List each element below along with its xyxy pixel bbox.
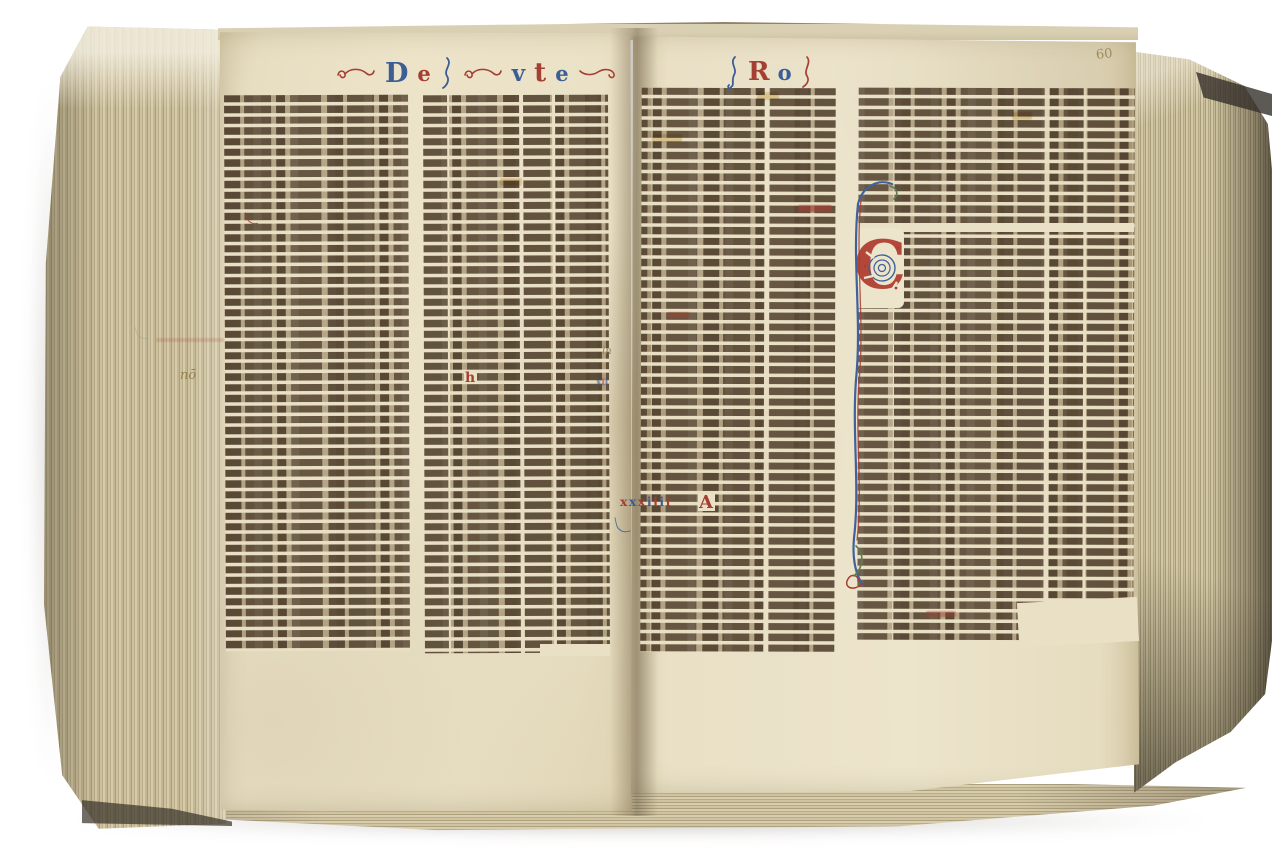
rubric-mark bbox=[798, 205, 832, 212]
show-through-mark bbox=[156, 338, 224, 342]
numeral-letter: x bbox=[629, 496, 637, 509]
pen-flourish-icon bbox=[336, 66, 376, 80]
right-fore-edge bbox=[1134, 48, 1272, 808]
manuscript-photo: D e v t e nō h ln x i i R o 60 bbox=[0, 0, 1280, 860]
running-title-letter: R bbox=[748, 59, 770, 85]
numeral-letter: x bbox=[620, 496, 628, 509]
running-title-letter: t bbox=[534, 60, 546, 86]
running-title-letter: e bbox=[555, 63, 568, 84]
paraph-flourish-icon bbox=[726, 55, 740, 89]
left-fore-edge bbox=[44, 20, 226, 832]
line-end-patch bbox=[540, 644, 610, 656]
running-title-left: D e v t e bbox=[336, 56, 618, 90]
ochre-highlight bbox=[500, 178, 522, 186]
running-title-letter: o bbox=[778, 62, 792, 83]
numeral-letter: i bbox=[605, 378, 608, 388]
numeral-letter: i bbox=[653, 496, 658, 509]
text-column-left-1 bbox=[224, 95, 410, 652]
ochre-highlight bbox=[757, 92, 779, 100]
numeral-letter: i bbox=[647, 496, 652, 509]
running-title-letter: e bbox=[417, 63, 430, 84]
initial-extender-icon bbox=[828, 168, 908, 598]
text-column-right-1 bbox=[640, 88, 835, 653]
ochre-highlight bbox=[652, 134, 682, 142]
rubric-mark bbox=[668, 312, 690, 318]
line-end-patch bbox=[1017, 597, 1139, 647]
rubric-mark bbox=[926, 611, 956, 617]
ochre-highlight bbox=[1012, 112, 1032, 120]
folio-number: 60 bbox=[1095, 46, 1113, 63]
paraph-flourish-icon bbox=[440, 56, 454, 90]
numeral-letter: i bbox=[666, 496, 671, 509]
filigree-icon bbox=[862, 244, 902, 292]
gutter-note: ln bbox=[602, 346, 612, 357]
pen-flourish-icon bbox=[800, 55, 814, 89]
chapter-initial: A bbox=[699, 494, 713, 512]
numeral-letter: x bbox=[638, 496, 646, 509]
margin-note: nō bbox=[180, 368, 196, 383]
gutter-chapter-numeral-trace: x i i bbox=[596, 378, 608, 388]
chapter-numeral: x x x i i i i bbox=[620, 496, 671, 509]
running-title-letter: v bbox=[512, 62, 525, 85]
running-title-right: R o bbox=[726, 54, 814, 90]
numeral-letter: i bbox=[659, 496, 664, 509]
pen-flourish-icon bbox=[578, 66, 618, 80]
pen-flourish-icon bbox=[463, 66, 503, 80]
small-initial: h bbox=[465, 371, 475, 385]
running-title-letter: D bbox=[385, 60, 408, 87]
